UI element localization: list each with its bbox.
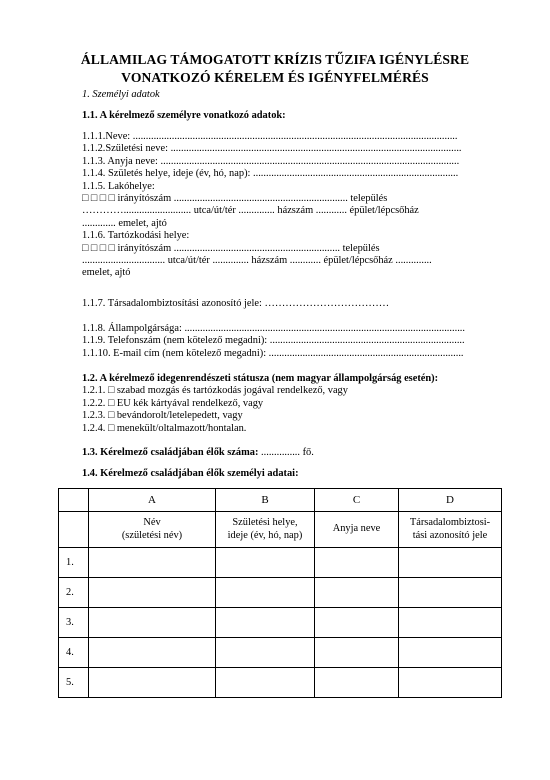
document-page: ÁLLAMILAG TÁMOGATOTT KRÍZIS TŰZIFA IGÉNY… bbox=[0, 0, 550, 780]
table-row: 3. bbox=[59, 608, 502, 638]
field-mother-name[interactable]: 1.1.3. Anyja neve: .....................… bbox=[82, 156, 459, 168]
row-number: 2. bbox=[59, 578, 89, 608]
header-line: ideje (év, hó, nap) bbox=[216, 530, 314, 542]
field-residence-street[interactable]: ………….......................... utca/út/t… bbox=[82, 205, 419, 217]
header-line: Társadalombiztosi- bbox=[399, 517, 501, 529]
row-number: 1. bbox=[59, 548, 89, 578]
cell-ssn[interactable] bbox=[399, 548, 502, 578]
table-letter-cell: B bbox=[216, 489, 315, 512]
status-option-free-movement[interactable]: 1.2.1. □ szabad mozgás és tartózkodás jo… bbox=[82, 385, 348, 397]
cell-ssn[interactable] bbox=[399, 578, 502, 608]
cell-mother[interactable] bbox=[315, 608, 399, 638]
table-letter-cell: A bbox=[89, 489, 216, 512]
table-row: 4. bbox=[59, 638, 502, 668]
table-header-cell bbox=[59, 512, 89, 548]
field-birth-place-date[interactable]: 1.1.4. Születés helye, ideje (év, hó, na… bbox=[82, 168, 458, 180]
status-option-settled[interactable]: 1.2.3. □ bevándorolt/letelepedett, vagy bbox=[82, 410, 243, 422]
table-header-birth: Születési helye, ideje (év, hó, nap) bbox=[216, 512, 315, 548]
section-1-heading: 1. Személyi adatok bbox=[82, 89, 160, 101]
field-stay-postcode-city[interactable]: □ □ □ □ irányítószám ...................… bbox=[82, 243, 380, 255]
cell-mother[interactable] bbox=[315, 638, 399, 668]
cell-mother[interactable] bbox=[315, 578, 399, 608]
field-citizenship[interactable]: 1.1.8. Állampolgársága: ................… bbox=[82, 323, 465, 335]
cell-ssn[interactable] bbox=[399, 608, 502, 638]
section-1-4-heading: 1.4. Kérelmező családjában élők személyi… bbox=[82, 468, 299, 480]
document-title-line-2: VONATKOZÓ KÉRELEM ÉS IGÉNYFELMÉRÉS bbox=[40, 68, 510, 87]
cell-ssn[interactable] bbox=[399, 638, 502, 668]
table-row: 5. bbox=[59, 668, 502, 698]
household-members-table: A B C D Név (születési név) Születési he… bbox=[58, 488, 502, 698]
cell-mother[interactable] bbox=[315, 668, 399, 698]
cell-name[interactable] bbox=[89, 578, 216, 608]
cell-name[interactable] bbox=[89, 638, 216, 668]
document-title-line-1: ÁLLAMILAG TÁMOGATOTT KRÍZIS TŰZIFA IGÉNY… bbox=[40, 50, 510, 69]
table-header-ssn: Társadalombiztosi- tási azonosító jele bbox=[399, 512, 502, 548]
row-number: 3. bbox=[59, 608, 89, 638]
section-1-1-heading: 1.1. A kérelmező személyre vonatkozó ada… bbox=[82, 110, 286, 122]
table-letter-row: A B C D bbox=[59, 489, 502, 512]
cell-name[interactable] bbox=[89, 608, 216, 638]
header-line: Név bbox=[89, 517, 215, 529]
status-option-refugee[interactable]: 1.2.4. □ menekült/oltalmazott/hontalan. bbox=[82, 423, 246, 435]
field-residence-label: 1.1.5. Lakóhelye: bbox=[82, 181, 155, 193]
field-phone[interactable]: 1.1.9. Telefonszám (nem kötelező megadni… bbox=[82, 335, 465, 347]
row-number: 4. bbox=[59, 638, 89, 668]
field-household-count[interactable]: 1.3. Kérelmező családjában élők száma: .… bbox=[82, 447, 314, 459]
row-number: 5. bbox=[59, 668, 89, 698]
cell-birth[interactable] bbox=[216, 638, 315, 668]
cell-name[interactable] bbox=[89, 668, 216, 698]
cell-birth[interactable] bbox=[216, 548, 315, 578]
table-letter-cell: D bbox=[399, 489, 502, 512]
cell-mother[interactable] bbox=[315, 548, 399, 578]
household-count-label: 1.3. Kérelmező családjában élők száma: bbox=[82, 447, 258, 458]
section-1-2-heading: 1.2. A kérelmező idegenrendészeti státus… bbox=[82, 373, 438, 385]
field-name[interactable]: 1.1.1.Neve: ............................… bbox=[82, 131, 458, 143]
cell-name[interactable] bbox=[89, 548, 216, 578]
cell-ssn[interactable] bbox=[399, 668, 502, 698]
cell-birth[interactable] bbox=[216, 608, 315, 638]
field-email[interactable]: 1.1.10. E-mail cím (nem kötelező megadni… bbox=[82, 348, 464, 360]
cell-birth[interactable] bbox=[216, 668, 315, 698]
field-birth-name[interactable]: 1.1.2.Születési neve: ..................… bbox=[82, 143, 462, 155]
cell-birth[interactable] bbox=[216, 578, 315, 608]
table-header-name: Név (születési név) bbox=[89, 512, 216, 548]
status-option-eu-blue-card[interactable]: 1.2.2. □ EU kék kártyával rendelkező, va… bbox=[82, 398, 263, 410]
table-letter-cell: C bbox=[315, 489, 399, 512]
table-header-mother: Anyja neve bbox=[315, 512, 399, 548]
field-stay-label: 1.1.6. Tartózkodási helye: bbox=[82, 230, 189, 242]
field-stay-floor-door[interactable]: emelet, ajtó bbox=[82, 267, 130, 279]
header-line: (születési név) bbox=[89, 530, 215, 542]
table-row: 1. bbox=[59, 548, 502, 578]
table-letter-cell bbox=[59, 489, 89, 512]
household-count-blank[interactable]: ............... fő. bbox=[258, 447, 313, 458]
field-residence-postcode-city[interactable]: □ □ □ □ irányítószám ...................… bbox=[82, 193, 387, 205]
table-row: 2. bbox=[59, 578, 502, 608]
field-stay-street[interactable]: ................................ utca/út… bbox=[82, 255, 432, 267]
table-header-row: Név (születési név) Születési helye, ide… bbox=[59, 512, 502, 548]
field-residence-floor-door[interactable]: ............. emelet, ajtó bbox=[82, 218, 167, 230]
field-social-security-number[interactable]: 1.1.7. Társadalombiztosítási azonosító j… bbox=[82, 298, 389, 310]
header-line: Anyja neve bbox=[315, 523, 398, 535]
header-line: tási azonosító jele bbox=[399, 530, 501, 542]
header-line: Születési helye, bbox=[216, 517, 314, 529]
